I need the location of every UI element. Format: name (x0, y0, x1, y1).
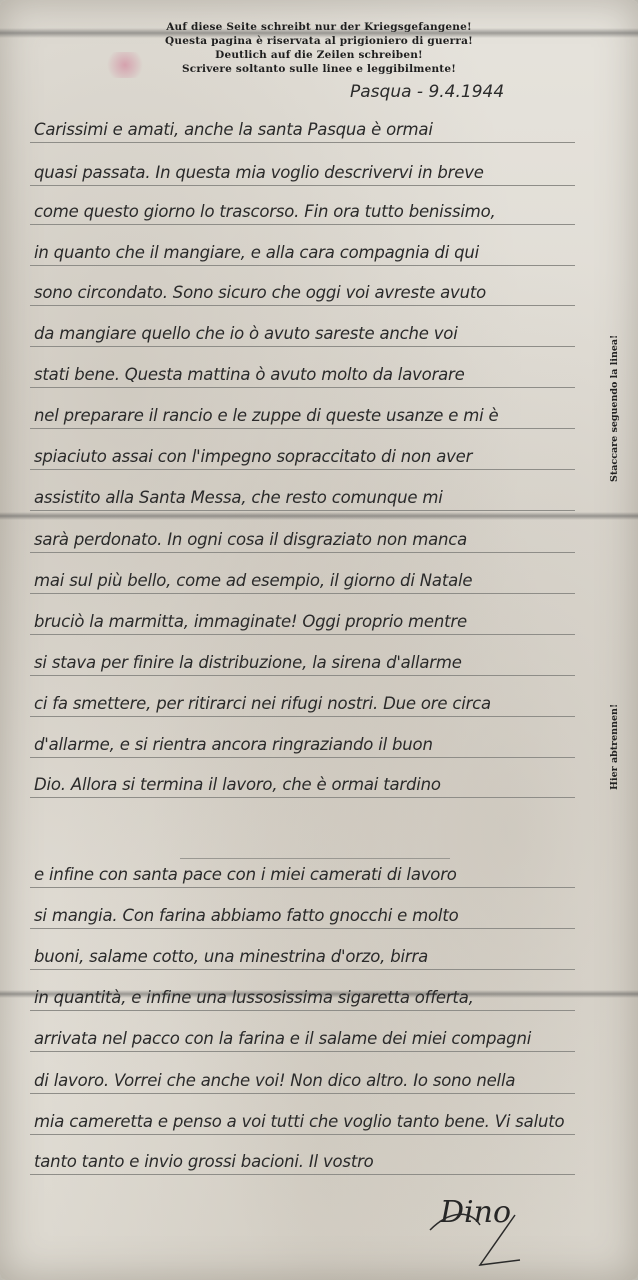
letter-line: da mangiare quello che io ò avuto sarest… (34, 324, 624, 343)
ruled-line (30, 224, 575, 225)
ruled-line (30, 1174, 575, 1175)
printed-header: Auf diese Seite schreibt nur der Kriegsg… (0, 20, 638, 76)
letter-date: Pasqua - 9.4.1944 (350, 82, 504, 102)
ruled-line (30, 387, 575, 388)
letter-line: in quanto che il mangiare, e alla cara c… (34, 243, 624, 262)
section-divider (180, 858, 450, 859)
letter-line: nel preparare il rancio e le zuppe di qu… (34, 406, 624, 425)
letter-line: e infine con santa pace con i miei camer… (34, 865, 624, 884)
ruled-line (30, 305, 575, 306)
ruled-line (30, 428, 575, 429)
letter-line: in quantità, e infine una lussosissima s… (34, 988, 624, 1007)
letter-line: Carissimi e amati, anche la santa Pasqua… (34, 120, 624, 139)
ruled-line (30, 265, 575, 266)
ruled-line (30, 1051, 575, 1052)
ruled-line (30, 1093, 575, 1094)
letter-line: Dio. Allora si termina il lavoro, che è … (34, 775, 624, 794)
ruled-line (30, 757, 575, 758)
letter-line: buoni, salame cotto, una minestrina d'or… (34, 947, 624, 966)
letter-line: tanto tanto e invio grossi bacioni. Il v… (34, 1152, 624, 1171)
letter-line: sarà perdonato. In ogni cosa il disgrazi… (34, 530, 624, 549)
header-line-italian-2: Scrivere soltanto sulle linee e leggibil… (0, 62, 638, 76)
ruled-line (30, 716, 575, 717)
letter-line: bruciò la marmitta, immaginate! Oggi pro… (34, 612, 624, 631)
letter-line: si mangia. Con farina abbiamo fatto gnoc… (34, 906, 624, 925)
letter-line: mia cameretta e penso a voi tutti che vo… (34, 1112, 624, 1131)
signature-flourish-icon (420, 1190, 540, 1270)
header-line-italian-1: Questa pagina è riservata al prigioniero… (0, 34, 638, 48)
ruled-line (30, 1134, 575, 1135)
letter-line: come questo giorno lo trascorso. Fin ora… (34, 202, 624, 221)
letter-line: di lavoro. Vorrei che anche voi! Non dic… (34, 1071, 624, 1090)
ruled-line (30, 469, 575, 470)
letter-line: quasi passata. In questa mia voglio desc… (34, 163, 624, 182)
ruled-line (30, 346, 575, 347)
detach-note-italian: Staccare seguendo la linea! (609, 322, 620, 482)
letter-line: stati bene. Questa mattina ò avuto molto… (34, 365, 624, 384)
ruled-line (30, 552, 575, 553)
ruled-line (30, 593, 575, 594)
ruled-line (30, 634, 575, 635)
header-line-german-2: Deutlich auf die Zeilen schreiben! (0, 48, 638, 62)
ruled-line (30, 675, 575, 676)
letter-line: d'allarme, e si rientra ancora ringrazia… (34, 735, 624, 754)
ruled-line (30, 928, 575, 929)
letter-line: mai sul più bello, come ad esempio, il g… (34, 571, 624, 590)
ruled-line (30, 797, 575, 798)
letter-line: ci fa smettere, per ritirarci nei rifugi… (34, 694, 624, 713)
ruled-line (30, 969, 575, 970)
ruled-line (30, 142, 575, 143)
letter-line: arrivata nel pacco con la farina e il sa… (34, 1029, 624, 1048)
ruled-line (30, 1010, 575, 1011)
letter-line: spiaciuto assai con l'impegno sopraccita… (34, 447, 624, 466)
fold-crease-upper (0, 512, 638, 520)
detach-note-german: Hier abtrennen! (609, 690, 620, 790)
ruled-line (30, 887, 575, 888)
ruled-line (30, 185, 575, 186)
letter-line: si stava per finire la distribuzione, la… (34, 653, 624, 672)
ruled-line (30, 510, 575, 511)
header-line-german-1: Auf diese Seite schreibt nur der Kriegsg… (0, 20, 638, 34)
letter-line: sono circondato. Sono sicuro che oggi vo… (34, 283, 624, 302)
letter-line: assistito alla Santa Messa, che resto co… (34, 488, 624, 507)
